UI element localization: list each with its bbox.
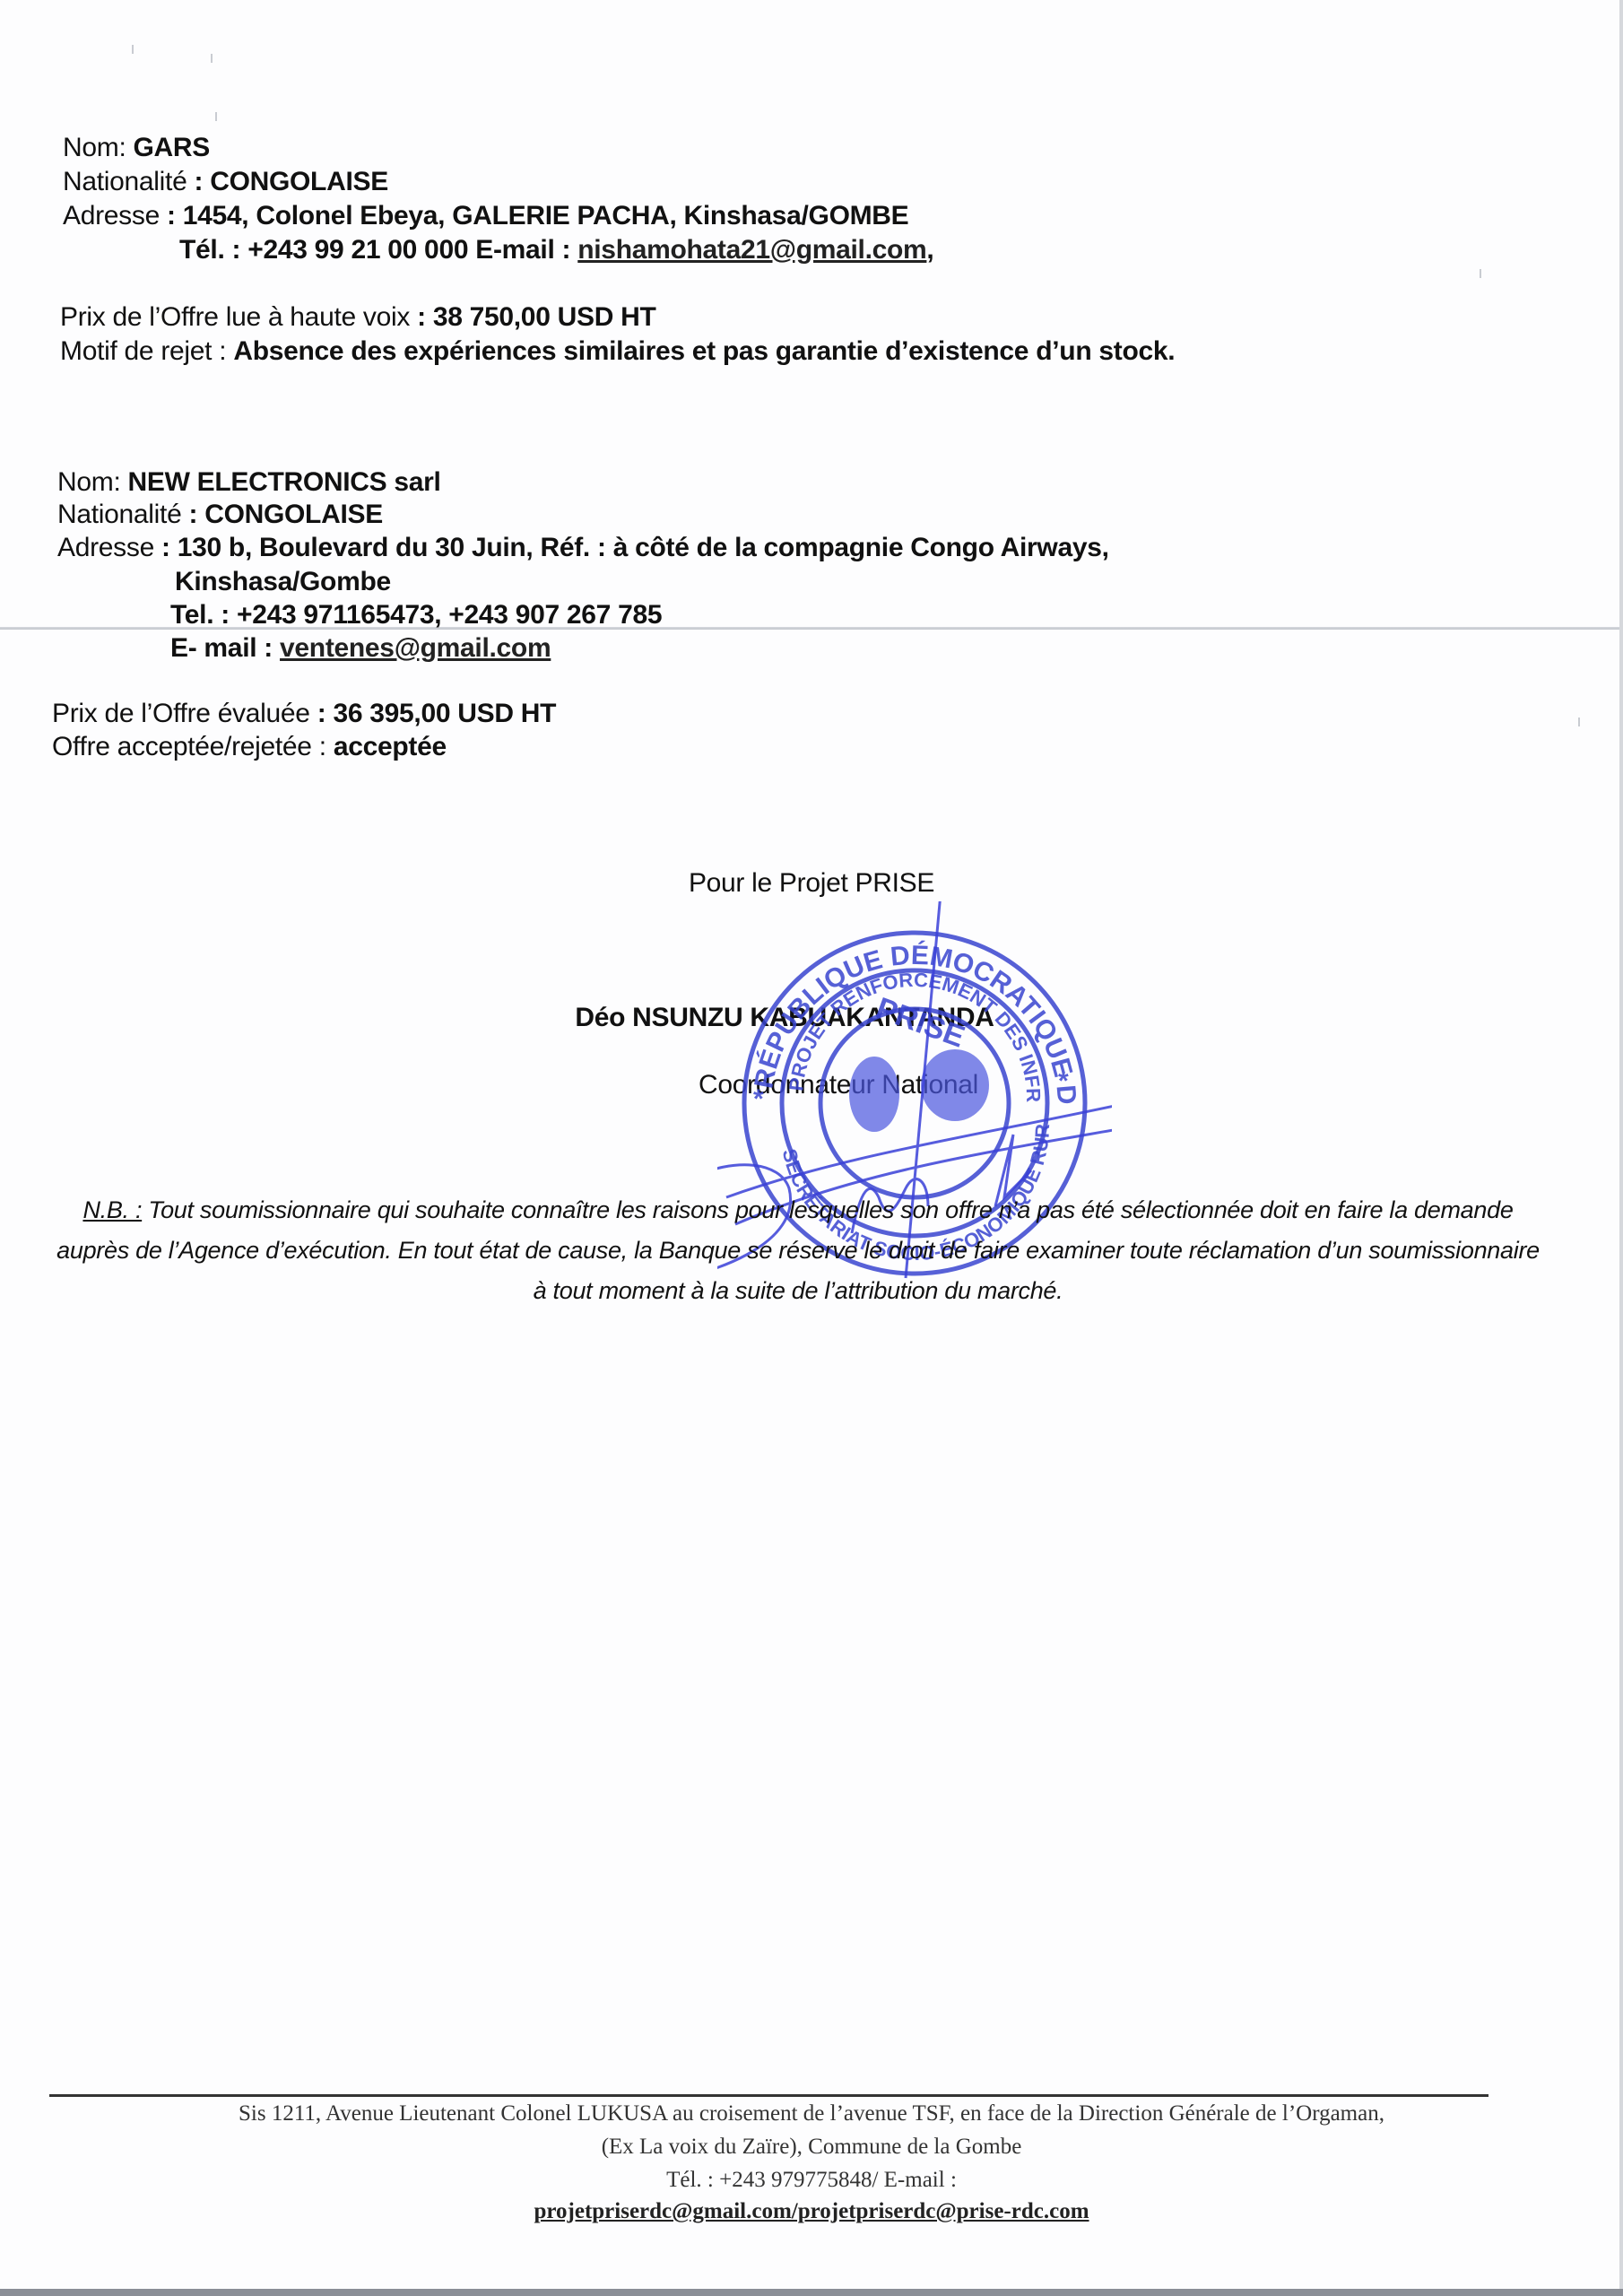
address-label: Adresse [57, 533, 161, 562]
scan-speck [211, 54, 213, 63]
price-label: Prix de l’Offre évaluée [52, 699, 317, 728]
scan-right-edge [1619, 0, 1623, 2296]
signatory-name: Déo NSUNZU KABUAKANTANDA [0, 1002, 1596, 1034]
address-value: : 1454, Colonel Ebeya, GALERIE PACHA, Ki… [167, 201, 908, 230]
phone-value: Tél. : +243 99 21 00 000 E-mail : [179, 235, 577, 265]
footer-address: Sis 1211, Avenue Lieutenant Colonel LUKU… [0, 2101, 1623, 2126]
price-value: : 36 395,00 USD HT [317, 699, 556, 728]
note-prefix: N.B. : [82, 1196, 142, 1223]
nationality-label: Nationalité [57, 500, 189, 529]
email-link[interactable]: ventenes@gmail.com [280, 633, 551, 663]
price-line: Prix de l’Offre lue à haute voix : 38 75… [60, 301, 655, 334]
signatory-role: Coordonnateur National [27, 1069, 1623, 1101]
bidder-name-line: Nom: NEW ELECTRONICS sarl [57, 466, 441, 499]
reason-label: Motif de rejet : [60, 336, 233, 366]
nationality-value: : CONGOLAISE [195, 167, 388, 196]
name-label: Nom: [57, 467, 128, 497]
phone-value: Tel. : +243 971165473, +243 907 267 785 [170, 600, 662, 630]
status-value: acceptée [334, 732, 447, 761]
footer-email-link[interactable]: projetpriserdc@gmail.com/projetpriserdc@… [534, 2199, 1089, 2223]
nationality-value: : CONGOLAISE [189, 500, 383, 529]
document-page: Nom: GARS Nationalité : CONGOLAISE Adres… [0, 0, 1623, 2296]
email-line: E- mail : ventenes@gmail.com [170, 632, 551, 665]
punctuation: , [926, 235, 933, 265]
nationality-line: Nationalité : CONGOLAISE [57, 499, 383, 531]
email-label: E- mail : [170, 633, 280, 663]
scan-speck [215, 112, 217, 121]
scan-speck [132, 45, 134, 54]
bidder-name-line: Nom: GARS [63, 132, 210, 164]
name-label: Nom: [63, 133, 134, 162]
note-paragraph: N.B. : Tout soumissionnaire qui souhaite… [54, 1190, 1542, 1311]
address-line: Adresse : 130 b, Boulevard du 30 Juin, R… [57, 532, 1109, 564]
price-line: Prix de l’Offre évaluée : 36 395,00 USD … [52, 698, 556, 730]
footer-email-wrap: projetpriserdc@gmail.com/projetpriserdc@… [0, 2199, 1623, 2224]
email-link[interactable]: nishamohata21@gmail.com [577, 235, 926, 265]
bidder-name: GARS [134, 133, 210, 162]
bidder-name: NEW ELECTRONICS sarl [128, 467, 441, 497]
address-line: Adresse : 1454, Colonel Ebeya, GALERIE P… [63, 200, 908, 232]
reason-value: Absence des expériences similaires et pa… [233, 336, 1175, 366]
footer-address-2: (Ex La voix du Zaïre), Commune de la Gom… [0, 2135, 1623, 2160]
phone-line: Tel. : +243 971165473, +243 907 267 785 [170, 599, 662, 631]
footer-divider [49, 2094, 1488, 2097]
address-label: Adresse [63, 201, 167, 230]
scan-speck [1578, 717, 1580, 726]
note-text: Tout soumissionnaire qui souhaite connaî… [56, 1196, 1540, 1304]
rejection-reason-line: Motif de rejet : Absence des expériences… [60, 335, 1175, 368]
status-label: Offre acceptée/rejetée : [52, 732, 334, 761]
address-city: Kinshasa/Gombe [175, 567, 391, 596]
nationality-line: Nationalité : CONGOLAISE [63, 166, 388, 198]
price-value: : 38 750,00 USD HT [417, 302, 655, 332]
scan-bottom-edge [0, 2289, 1623, 2296]
address-value: : 130 b, Boulevard du 30 Juin, Réf. : à … [161, 533, 1109, 562]
contact-line: Tél. : +243 99 21 00 000 E-mail : nisham… [179, 234, 933, 266]
price-label: Prix de l’Offre lue à haute voix [60, 302, 417, 332]
nationality-label: Nationalité [63, 167, 195, 196]
footer-phone: Tél. : +243 979775848/ E-mail : [0, 2168, 1623, 2193]
address-line-2: Kinshasa/Gombe [175, 566, 391, 598]
for-project-label: Pour le Projet PRISE [0, 867, 1623, 900]
scan-speck [1480, 269, 1481, 278]
status-line: Offre acceptée/rejetée : acceptée [52, 731, 447, 763]
